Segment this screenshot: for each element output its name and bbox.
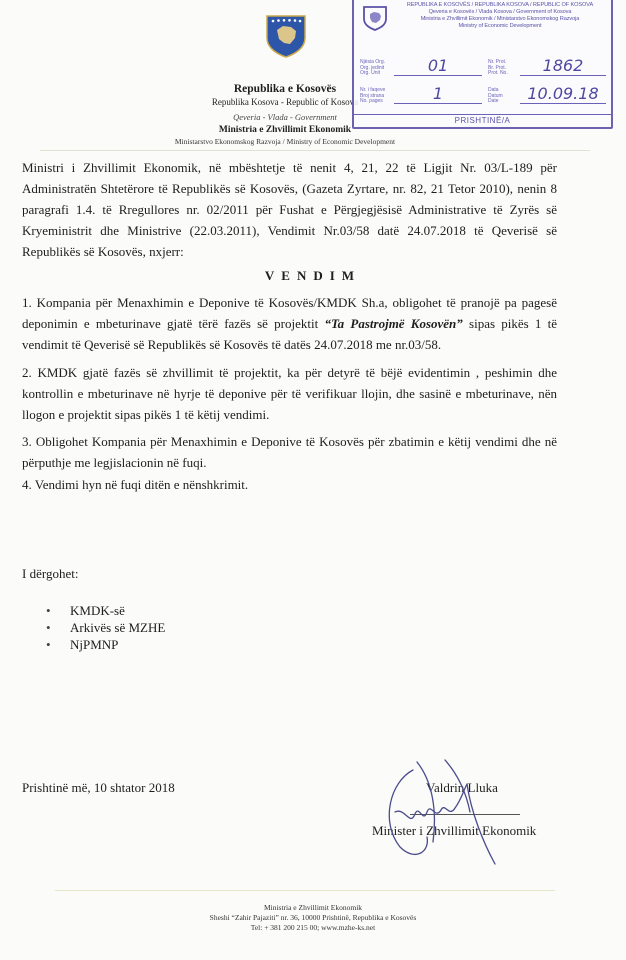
intro-paragraph: Ministri i Zhvillimit Ekonomik, në mbësh… <box>22 157 557 262</box>
stamp-date-value: 10.09.18 <box>520 85 606 104</box>
decision-title: VENDIM <box>0 268 626 284</box>
stamp-org-value: 01 <box>394 57 482 76</box>
stamp-pages-label: Nr. i faqeve Broj strana No. pages <box>360 88 385 105</box>
footer-contact: Tel: + 381 200 215 00; www.mzhe-ks.net <box>0 923 626 933</box>
recipient-item: NjPMNP <box>46 636 165 653</box>
recipient-item: KMDK-së <box>46 602 165 619</box>
project-name: “Ta Pastrojmë Kosovën” <box>324 316 462 331</box>
footer-divider <box>55 890 555 891</box>
handwritten-signature-icon <box>375 752 505 872</box>
stamp-date-label: Data Datum Date <box>488 88 503 105</box>
stamp-header-lines: REPUBLIKA E KOSOVËS / REPUBLIKA KOSOVA /… <box>394 2 606 30</box>
decision-point-3: 3. Obligohet Kompania për Menaxhimin e D… <box>22 431 557 473</box>
stamp-line: REPUBLIKA E KOSOVËS / REPUBLIKA KOSOVA /… <box>394 2 606 9</box>
stamp-emblem-icon <box>362 5 388 31</box>
decision-point-1: 1. Kompania për Menaxhimin e Deponive të… <box>22 292 557 355</box>
distribution-label: I dërgohet: <box>22 566 78 582</box>
recipient-list: KMDK-së Arkivës së MZHE NjPMNP <box>46 602 165 653</box>
header-divider <box>40 150 590 151</box>
stamp-prot-value: 1862 <box>520 57 606 76</box>
decision-point-4: 4. Vendimi hyn në fuqi ditën e nënshkrim… <box>22 474 557 495</box>
registration-stamp: REPUBLIKA E KOSOVËS / REPUBLIKA KOSOVA /… <box>352 0 613 129</box>
header-ministry-sub: Ministarstvo Ekonomskog Razvoja / Minist… <box>110 137 460 146</box>
stamp-pages-value: 1 <box>394 85 482 104</box>
stamp-line: Qeveria e Kosovës / Vlada Kosova / Gover… <box>394 9 606 16</box>
footer-address: Sheshi “Zahir Pajaziti” nr. 36, 10000 Pr… <box>0 913 626 923</box>
recipient-item: Arkivës së MZHE <box>46 619 165 636</box>
stamp-row-org-prot: Njësia Org. Org. jedinit Org. Unit 01 Nr… <box>358 57 608 79</box>
place-date: Prishtinë më, 10 shtator 2018 <box>22 780 175 796</box>
decision-point-2: 2. KMDK gjatë fazës së zhvillimit të pro… <box>22 362 557 425</box>
stamp-prot-label: Nr. Prot. Br. Prot. Prot. No. <box>488 60 508 77</box>
footer-ministry: Ministria e Zhvillimit Ekonomik <box>0 903 626 913</box>
stamp-line: Ministria e Zhvillimit Ekonomik / Minist… <box>394 16 606 23</box>
stamp-row-pages-date: Nr. i faqeve Broj strana No. pages 1 Dat… <box>358 85 608 107</box>
stamp-city: PRISHTINË/A <box>354 114 611 125</box>
stamp-line: Ministry of Economic Development <box>394 23 606 30</box>
kosovo-coat-of-arms-icon <box>265 14 307 58</box>
stamp-org-label: Njësia Org. Org. jedinit Org. Unit <box>360 60 385 77</box>
